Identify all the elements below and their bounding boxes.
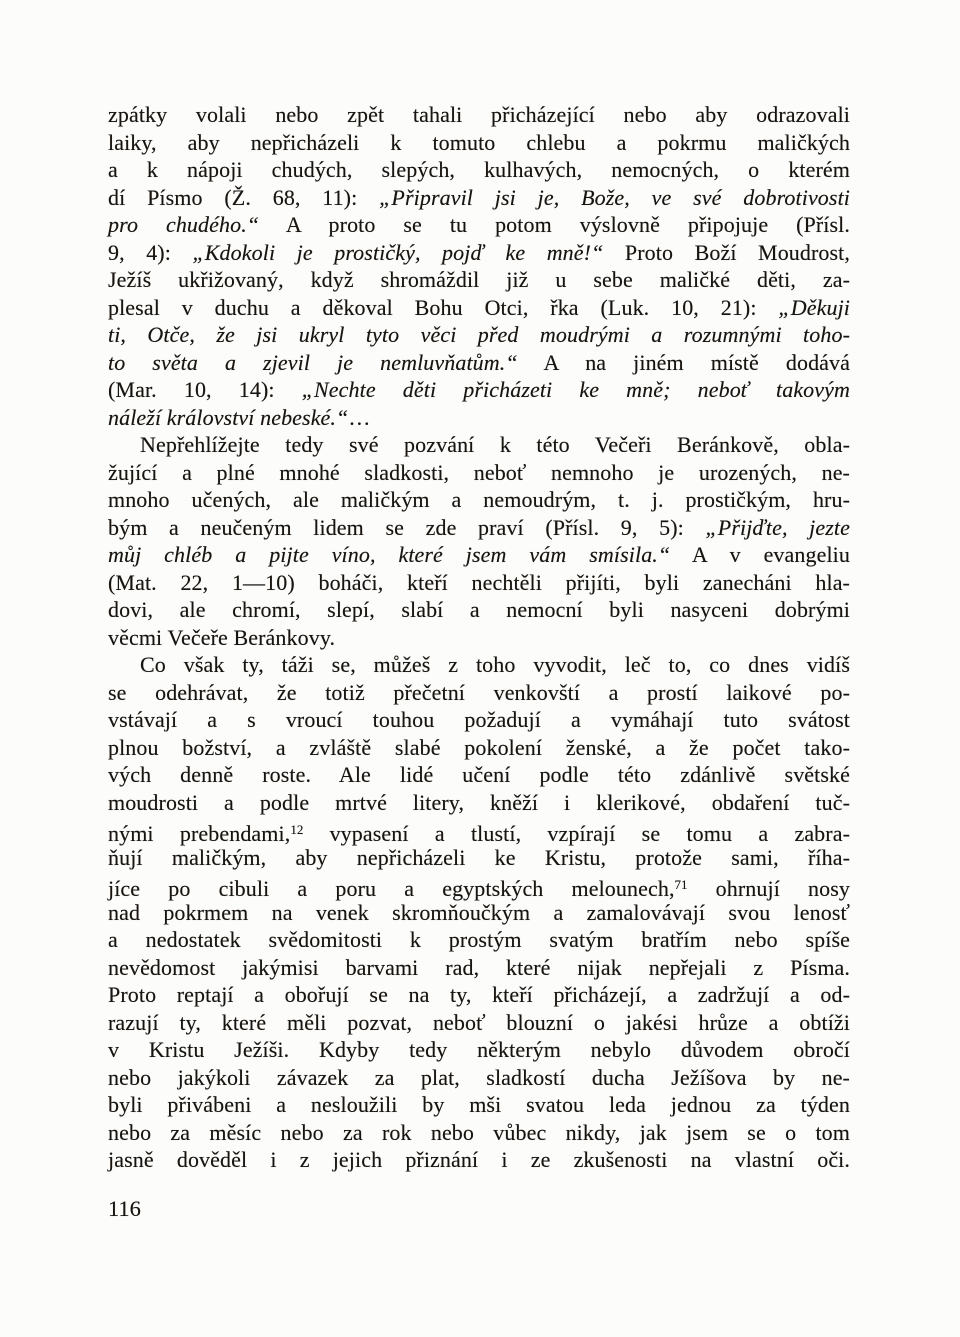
text-line: nad pokrmem na venek skromňoučkým a zama… xyxy=(108,899,850,927)
text-run: dovi, ale chromí, slepí, slabí a nemocní… xyxy=(108,597,850,622)
text-run: vstávají a s vroucí touhou požadují a vy… xyxy=(108,707,850,732)
text-run: 9, 4): xyxy=(108,240,192,265)
text-run: „Kdokoli je prostičký, pojď ke mně!“ xyxy=(192,240,603,265)
text-line: mnoho učených, ale maličkým a nemoudrým,… xyxy=(108,486,850,514)
text-run: nevědomost jakýmisi barvami rad, které n… xyxy=(108,955,850,980)
text-run: plnou božství, a zvláště slabé pokolení … xyxy=(108,735,850,760)
text-run: Proto Boží Moudrost, xyxy=(603,240,850,265)
text-line: Proto reptají a obořují se na ty, kteří … xyxy=(108,981,850,1009)
text-run: A proto se tu potom výslovně připojuje (… xyxy=(259,212,850,237)
text-run: Proto reptají a obořují se na ty, kteří … xyxy=(108,982,850,1007)
text-line: ti, Otče, že jsi ukryl tyto věci před mo… xyxy=(108,321,850,349)
text-line: vstávají a s vroucí touhou požadují a vy… xyxy=(108,706,850,734)
text-run: (Mar. 10, 14): xyxy=(108,377,302,402)
text-run: nebo jakýkoli závazek za plat, sladkostí… xyxy=(108,1065,850,1090)
text-line: plnou božství, a zvláště slabé pokolení … xyxy=(108,734,850,762)
text-line: 9, 4): „Kdokoli je prostičký, pojď ke mn… xyxy=(108,239,850,267)
text-line: moudrosti a podle mrtvé litery, kněží i … xyxy=(108,789,850,817)
text-run: se odehrávat, že totiž přečetní venkovšt… xyxy=(108,680,850,705)
text-line: plesal v duchu a děkoval Bohu Otci, řka … xyxy=(108,294,850,322)
text-run: Co však ty, táži se, můžeš z toho vyvodi… xyxy=(140,652,850,677)
text-run: „Nechte děti přicházeti ke mně; neboť ta… xyxy=(302,377,850,402)
text-run: ti, Otče, že jsi ukryl tyto věci před mo… xyxy=(108,322,850,347)
text-line: žující a plné mnohé sladkosti, neboť nem… xyxy=(108,459,850,487)
text-run: a nedostatek svědomitosti k prostým svat… xyxy=(108,927,850,952)
text-line: dí Písmo (Ž. 68, 11): „Připravil jsi je,… xyxy=(108,184,850,212)
text-run: (Mat. 22, 1—10) boháči, kteří nechtěli p… xyxy=(108,570,850,595)
paragraph: Co však ty, táži se, můžeš z toho vyvodi… xyxy=(108,651,850,1174)
text-line: nevědomost jakýmisi barvami rad, které n… xyxy=(108,954,850,982)
text-run: plesal v duchu a děkoval Bohu Otci, řka … xyxy=(108,295,778,320)
text-run: jasně dověděl i z jejich přiznání i ze z… xyxy=(108,1147,850,1172)
text-run: jíce po cibuli a poru a egyptských melou… xyxy=(108,876,675,901)
text-line: Ježíš ukřižovaný, když shromáždil již u … xyxy=(108,266,850,294)
text-run: „Děkuji xyxy=(778,295,850,320)
text-run: laiky, aby nepřicházeli k tomuto chlebu … xyxy=(108,130,850,155)
paragraph: zpátky volali nebo zpět tahali přicházej… xyxy=(108,101,850,431)
text-run: A v evangeliu xyxy=(670,542,850,567)
text-line: nebo za měsíc nebo za rok nebo vůbec nik… xyxy=(108,1119,850,1147)
text-run: nebo za měsíc nebo za rok nebo vůbec nik… xyxy=(108,1120,850,1145)
scanned-book-page: zpátky volali nebo zpět tahali přicházej… xyxy=(0,0,960,1337)
text-line: to světa a zjevil je nemluvňatům.“ A na … xyxy=(108,349,850,377)
text-line: jasně dověděl i z jejich přiznání i ze z… xyxy=(108,1146,850,1174)
text-run: razují ty, které měli pozvat, neboť blou… xyxy=(108,1010,850,1035)
text-run: vých denně roste. Ale lidé učení podle t… xyxy=(108,762,850,787)
page-number: 116 xyxy=(108,1196,141,1222)
text-line: se odehrávat, že totiž přečetní venkovšt… xyxy=(108,679,850,707)
text-run: dí Písmo (Ž. 68, 11): xyxy=(108,185,379,210)
text-line: jíce po cibuli a poru a egyptských melou… xyxy=(108,871,850,899)
text-line: vých denně roste. Ale lidé učení podle t… xyxy=(108,761,850,789)
text-line: nými prebendami,12 vypasení a tlustí, vz… xyxy=(108,816,850,844)
text-run: mnoho učených, ale maličkým a nemoudrým,… xyxy=(108,487,850,512)
text-run: vypasení a tlustí, vzpírají se tomu a za… xyxy=(303,821,850,846)
text-run: byli přivábeni a nesloužili by mši svato… xyxy=(108,1092,850,1117)
text-line: Co však ty, táži se, můžeš z toho vyvodi… xyxy=(108,651,850,679)
text-run: „Připravil jsi je, Bože, ve své dobrotiv… xyxy=(379,185,850,210)
text-line: Nepřehlížejte tedy své pozvání k této Ve… xyxy=(108,431,850,459)
text-run: a k nápoji chudých, slepých, kulhavých, … xyxy=(108,157,850,182)
text-line: v Kristu Ježíši. Kdyby tedy některým neb… xyxy=(108,1036,850,1064)
text-run: zpátky volali nebo zpět tahali přicházej… xyxy=(108,102,850,127)
text-run: moudrosti a podle mrtvé litery, kněží i … xyxy=(108,790,850,815)
text-run: bým a neučeným lidem se zde praví (Přísl… xyxy=(108,515,705,540)
footnote-reference: 12 xyxy=(290,822,303,837)
text-run: nými prebendami, xyxy=(108,821,290,846)
text-line: dovi, ale chromí, slepí, slabí a nemocní… xyxy=(108,596,850,624)
text-run: ohrnují nosy xyxy=(688,876,850,901)
text-line: (Mat. 22, 1—10) boháči, kteří nechtěli p… xyxy=(108,569,850,597)
text-line: (Mar. 10, 14): „Nechte děti přicházeti k… xyxy=(108,376,850,404)
text-line: ňují maličkým, aby nepřicházeli ke Krist… xyxy=(108,844,850,872)
text-run: náleží království nebeské.“ xyxy=(108,405,348,430)
text-run: můj chléb a pijte víno, které jsem vám s… xyxy=(108,542,670,567)
text-run: … xyxy=(348,405,370,430)
text-line: můj chléb a pijte víno, které jsem vám s… xyxy=(108,541,850,569)
text-line: a nedostatek svědomitosti k prostým svat… xyxy=(108,926,850,954)
text-run: pro chudého.“ xyxy=(108,212,259,237)
text-line: náleží království nebeské.“… xyxy=(108,404,850,432)
paragraph: Nepřehlížejte tedy své pozvání k této Ve… xyxy=(108,431,850,651)
text-line: byli přivábeni a nesloužili by mši svato… xyxy=(108,1091,850,1119)
text-run: věcmi Večeře Beránkovy. xyxy=(108,625,335,650)
footnote-reference: 71 xyxy=(675,877,688,892)
text-run: Nepřehlížejte tedy své pozvání k této Ve… xyxy=(140,432,850,457)
text-run: žující a plné mnohé sladkosti, neboť nem… xyxy=(108,460,850,485)
text-line: pro chudého.“ A proto se tu potom výslov… xyxy=(108,211,850,239)
text-line: bým a neučeným lidem se zde praví (Přísl… xyxy=(108,514,850,542)
text-line: zpátky volali nebo zpět tahali přicházej… xyxy=(108,101,850,129)
text-run: nad pokrmem na venek skromňoučkým a zama… xyxy=(108,900,850,925)
text-run: Ježíš ukřižovaný, když shromáždil již u … xyxy=(108,267,850,292)
text-run: „Přijďte, jezte xyxy=(705,515,850,540)
text-run: ňují maličkým, aby nepřicházeli ke Krist… xyxy=(108,845,850,870)
text-run: v Kristu Ježíši. Kdyby tedy některým neb… xyxy=(108,1037,850,1062)
text-line: razují ty, které měli pozvat, neboť blou… xyxy=(108,1009,850,1037)
text-line: a k nápoji chudých, slepých, kulhavých, … xyxy=(108,156,850,184)
text-run: A na jiném místě dodává xyxy=(518,350,850,375)
text-block: zpátky volali nebo zpět tahali přicházej… xyxy=(108,101,850,1174)
text-line: věcmi Večeře Beránkovy. xyxy=(108,624,850,652)
text-line: laiky, aby nepřicházeli k tomuto chlebu … xyxy=(108,129,850,157)
text-line: nebo jakýkoli závazek za plat, sladkostí… xyxy=(108,1064,850,1092)
text-run: to světa a zjevil je nemluvňatům.“ xyxy=(108,350,518,375)
